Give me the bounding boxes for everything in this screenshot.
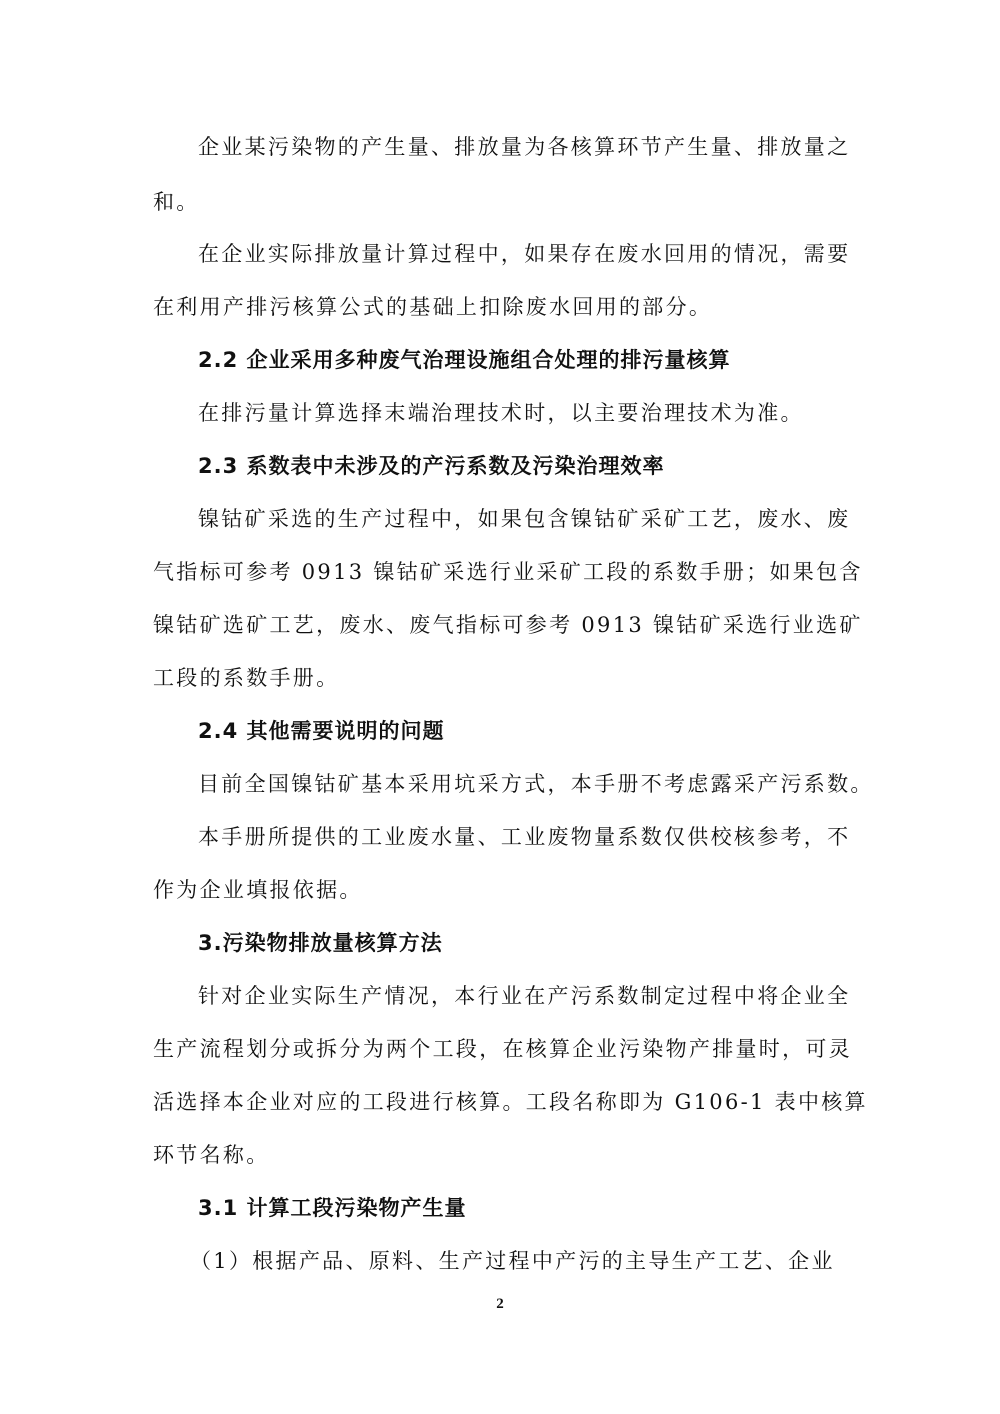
paragraph-line: 生产流程划分或拆分为两个工段，在核算企业污染物产排量时，可灵	[153, 1034, 852, 1064]
paragraph-line: 镍钴矿采选的生产过程中，如果包含镍钴矿采矿工艺，废水、废	[198, 504, 850, 534]
paragraph-line: 环节名称。	[153, 1140, 270, 1170]
document-page: 企业某污染物的产生量、排放量为各核算环节产生量、排放量之 和。 在企业实际排放量…	[0, 0, 1000, 1414]
paragraph-line: 工段的系数手册。	[153, 663, 339, 693]
paragraph-line: 目前全国镍钴矿基本采用坑采方式，本手册不考虑露采产污系数。	[198, 769, 874, 799]
paragraph-line: （1）根据产品、原料、生产过程中产污的主导生产工艺、企业	[190, 1246, 835, 1276]
section-heading-2-4: 2.4 其他需要说明的问题	[198, 716, 445, 746]
page-number: 2	[0, 1296, 1000, 1313]
paragraph-line: 企业某污染物的产生量、排放量为各核算环节产生量、排放量之	[198, 132, 850, 162]
paragraph-line: 在企业实际排放量计算过程中，如果存在废水回用的情况，需要	[198, 239, 850, 269]
section-heading-2-2: 2.2 企业采用多种废气治理设施组合处理的排污量核算	[198, 345, 731, 375]
paragraph-line: 镍钴矿选矿工艺，废水、废气指标可参考 0913 镍钴矿采选行业选矿	[153, 610, 863, 640]
paragraph-line: 活选择本企业对应的工段进行核算。工段名称即为 G106-1 表中核算	[153, 1087, 868, 1117]
section-heading-3: 3.污染物排放量核算方法	[198, 928, 443, 958]
paragraph-line: 作为企业填报依据。	[153, 875, 363, 905]
paragraph-line: 在利用产排污核算公式的基础上扣除废水回用的部分。	[153, 292, 712, 322]
paragraph-line: 和。	[153, 187, 200, 217]
paragraph-line: 针对企业实际生产情况，本行业在产污系数制定过程中将企业全	[198, 981, 850, 1011]
paragraph-line: 本手册所提供的工业废水量、工业废物量系数仅供校核参考，不	[198, 822, 850, 852]
section-heading-3-1: 3.1 计算工段污染物产生量	[198, 1193, 467, 1223]
paragraph-line: 气指标可参考 0913 镍钴矿采选行业采矿工段的系数手册；如果包含	[153, 557, 863, 587]
paragraph-line: 在排污量计算选择末端治理技术时，以主要治理技术为准。	[198, 398, 804, 428]
section-heading-2-3: 2.3 系数表中未涉及的产污系数及污染治理效率	[198, 451, 665, 481]
